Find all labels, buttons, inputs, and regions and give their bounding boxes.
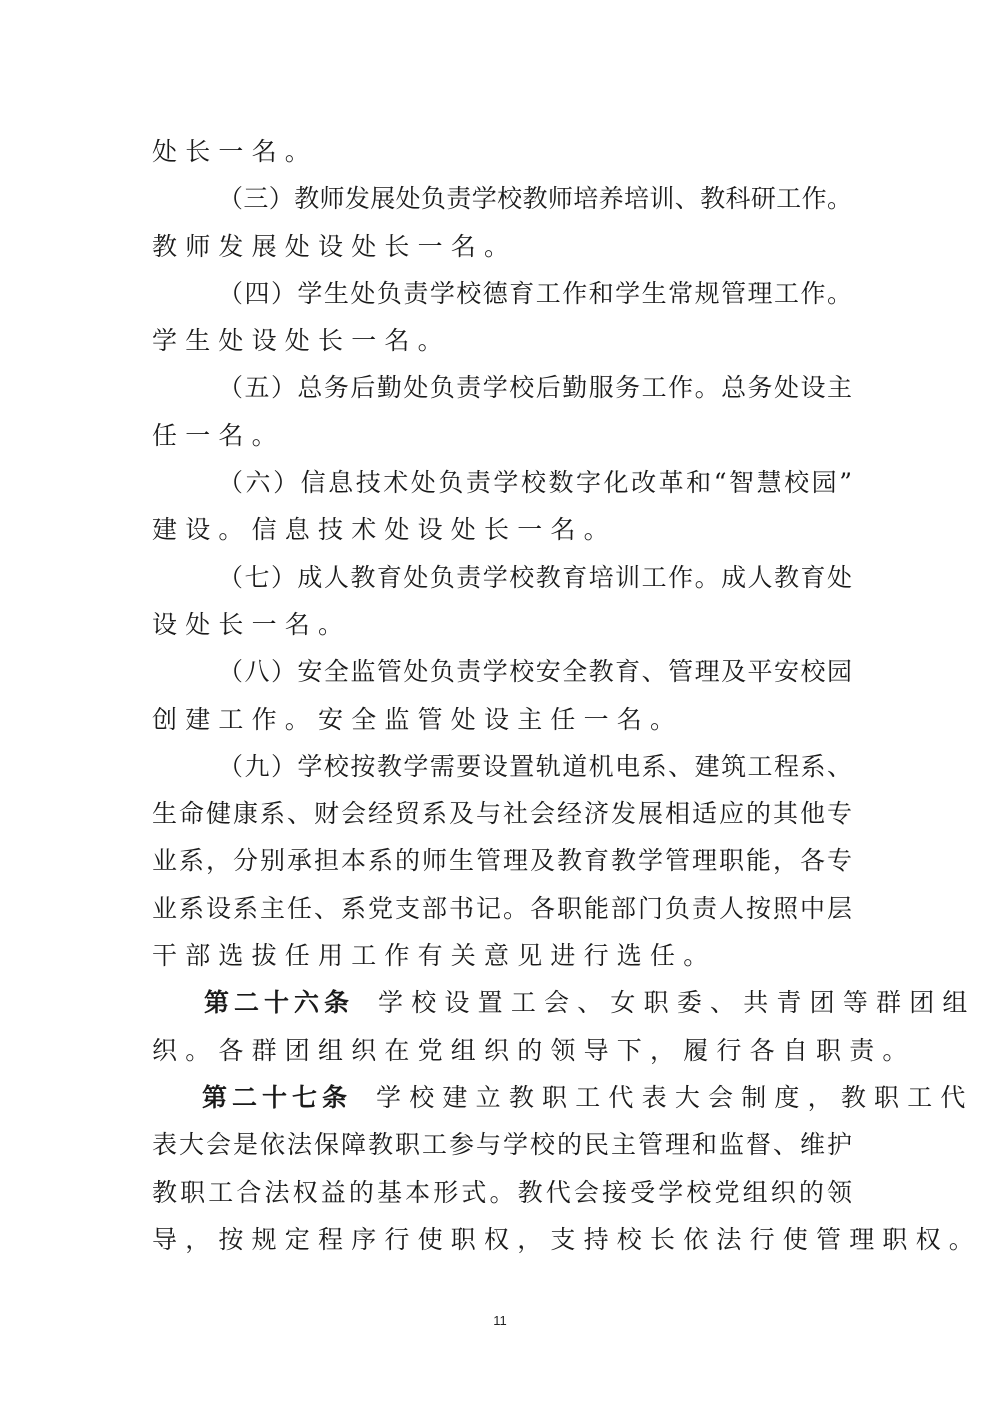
text-line: 教职工合法权益的基本形式。教代会接受学校党组织的领	[152, 1169, 852, 1216]
text-line: 导，按规定程序行使职权，支持校长依法行使管理职权。	[152, 1216, 852, 1263]
text-line: 教师发展处设处长一名。	[152, 223, 852, 270]
text-line: （三）教师发展处负责学校教师培养培训、教科研工作。	[152, 175, 852, 222]
article-26-text: 学校设置工会、女职委、共青团等群团组	[378, 988, 976, 1017]
article-27-heading: 第二十七条	[202, 1083, 352, 1112]
page-number: 11	[0, 1313, 1000, 1328]
text-line: （八）安全监管处负责学校安全教育、管理及平安校园	[152, 648, 852, 695]
text-line: 任一名。	[152, 412, 852, 459]
text-line: （九）学校按教学需要设置轨道机电系、建筑工程系、	[152, 743, 852, 790]
text-line: （五）总务后勤处负责学校后勤服务工作。总务处设主	[152, 364, 852, 411]
text-line: 设处长一名。	[152, 601, 852, 648]
text-line: 学生处设处长一名。	[152, 317, 852, 364]
document-body: 处长一名。 （三）教师发展处负责学校教师培养培训、教科研工作。 教师发展处设处长…	[152, 128, 852, 1263]
article-26-heading: 第二十六条	[204, 988, 354, 1017]
text-line: 表大会是依法保障教职工参与学校的民主管理和监督、维护	[152, 1121, 852, 1168]
text-line: 织。各群团组织在党组织的领导下，履行各自职责。	[152, 1027, 852, 1074]
article-27-first-line: 第二十七条学校建立教职工代表大会制度，教职工代	[152, 1074, 852, 1121]
text-line: （四）学生处负责学校德育工作和学生常规管理工作。	[152, 270, 852, 317]
text-line: （六）信息技术处负责学校数字化改革和“智慧校园”	[152, 459, 852, 506]
article-27-text: 学校建立教职工代表大会制度，教职工代	[376, 1083, 974, 1112]
text-line: 建设。信息技术处设处长一名。	[152, 506, 852, 553]
text-line: 业系，分别承担本系的师生管理及教育教学管理职能，各专	[152, 837, 852, 884]
text-line: （七）成人教育处负责学校教育培训工作。成人教育处	[152, 554, 852, 601]
text-line: 生命健康系、财会经贸系及与社会经济发展相适应的其他专	[152, 790, 852, 837]
text-line: 处长一名。	[152, 128, 852, 175]
text-line: 创建工作。安全监管处设主任一名。	[152, 696, 852, 743]
text-line: 干部选拔任用工作有关意见进行选任。	[152, 932, 852, 979]
article-26-first-line: 第二十六条学校设置工会、女职委、共青团等群团组	[152, 979, 852, 1026]
text-line: 业系设系主任、系党支部书记。各职能部门负责人按照中层	[152, 885, 852, 932]
